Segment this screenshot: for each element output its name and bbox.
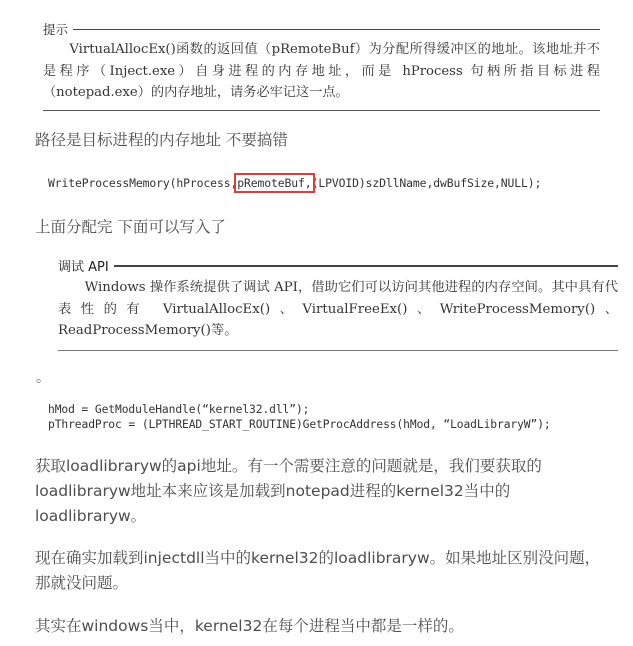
tip-box-header: 调试 API — [58, 256, 618, 275]
body-paragraph: 获取loadlibraryw的api地址。有一个需要注意的问题就是，我们要获取的… — [35, 454, 605, 529]
divider — [43, 110, 600, 111]
body-paragraph: 现在确实加载到injectdll当中的kernel32的loadlibraryw… — [35, 546, 605, 596]
highlighted-argument: pRemoteBuf, — [237, 176, 311, 190]
note-paragraph: 路径是目标进程的内存地址 不要搞错 — [35, 128, 605, 153]
code-line: pThreadProc = (LPTHREAD_START_ROUTINE)Ge… — [48, 417, 551, 432]
code-line: hMod = GetModuleHandle(“kernel32.dll”); — [48, 402, 551, 417]
note-paragraph: 上面分配完 下面可以写入了 — [35, 215, 605, 240]
divider — [73, 29, 600, 30]
tip-box-title: 调试 API — [58, 256, 109, 275]
body-paragraph: 其实在windows当中，kernel32在每个进程当中都是一样的。 — [35, 614, 605, 639]
tip-box-header: 提示 — [43, 20, 600, 38]
code-text: WriteProcessMemory(hProcess, — [48, 176, 237, 190]
code-text: (LPVOID)szDllName,dwBufSize,NULL); — [312, 176, 542, 190]
divider — [114, 265, 618, 266]
tip-box-hint: 提示 VirtualAllocEx()函数的返回值（pRemoteBuf）为分配… — [43, 20, 600, 111]
tip-box-body: Windows 操作系统提供了调试 API，借助它们可以访问其他进程的内存空间。… — [58, 277, 618, 342]
code-snippet-write-process-memory: WriteProcessMemory(hProcess,pRemoteBuf,(… — [48, 176, 541, 190]
tip-box-title: 提示 — [43, 20, 68, 38]
divider — [58, 350, 618, 352]
tip-box-body: VirtualAllocEx()函数的返回值（pRemoteBuf）为分配所得缓… — [43, 39, 600, 104]
code-snippet-get-proc-address: hMod = GetModuleHandle(“kernel32.dll”);p… — [48, 402, 551, 432]
tip-box-debug-api: 调试 API Windows 操作系统提供了调试 API，借助它们可以访问其他进… — [58, 256, 618, 351]
stray-punctuation: 。 — [36, 366, 606, 391]
